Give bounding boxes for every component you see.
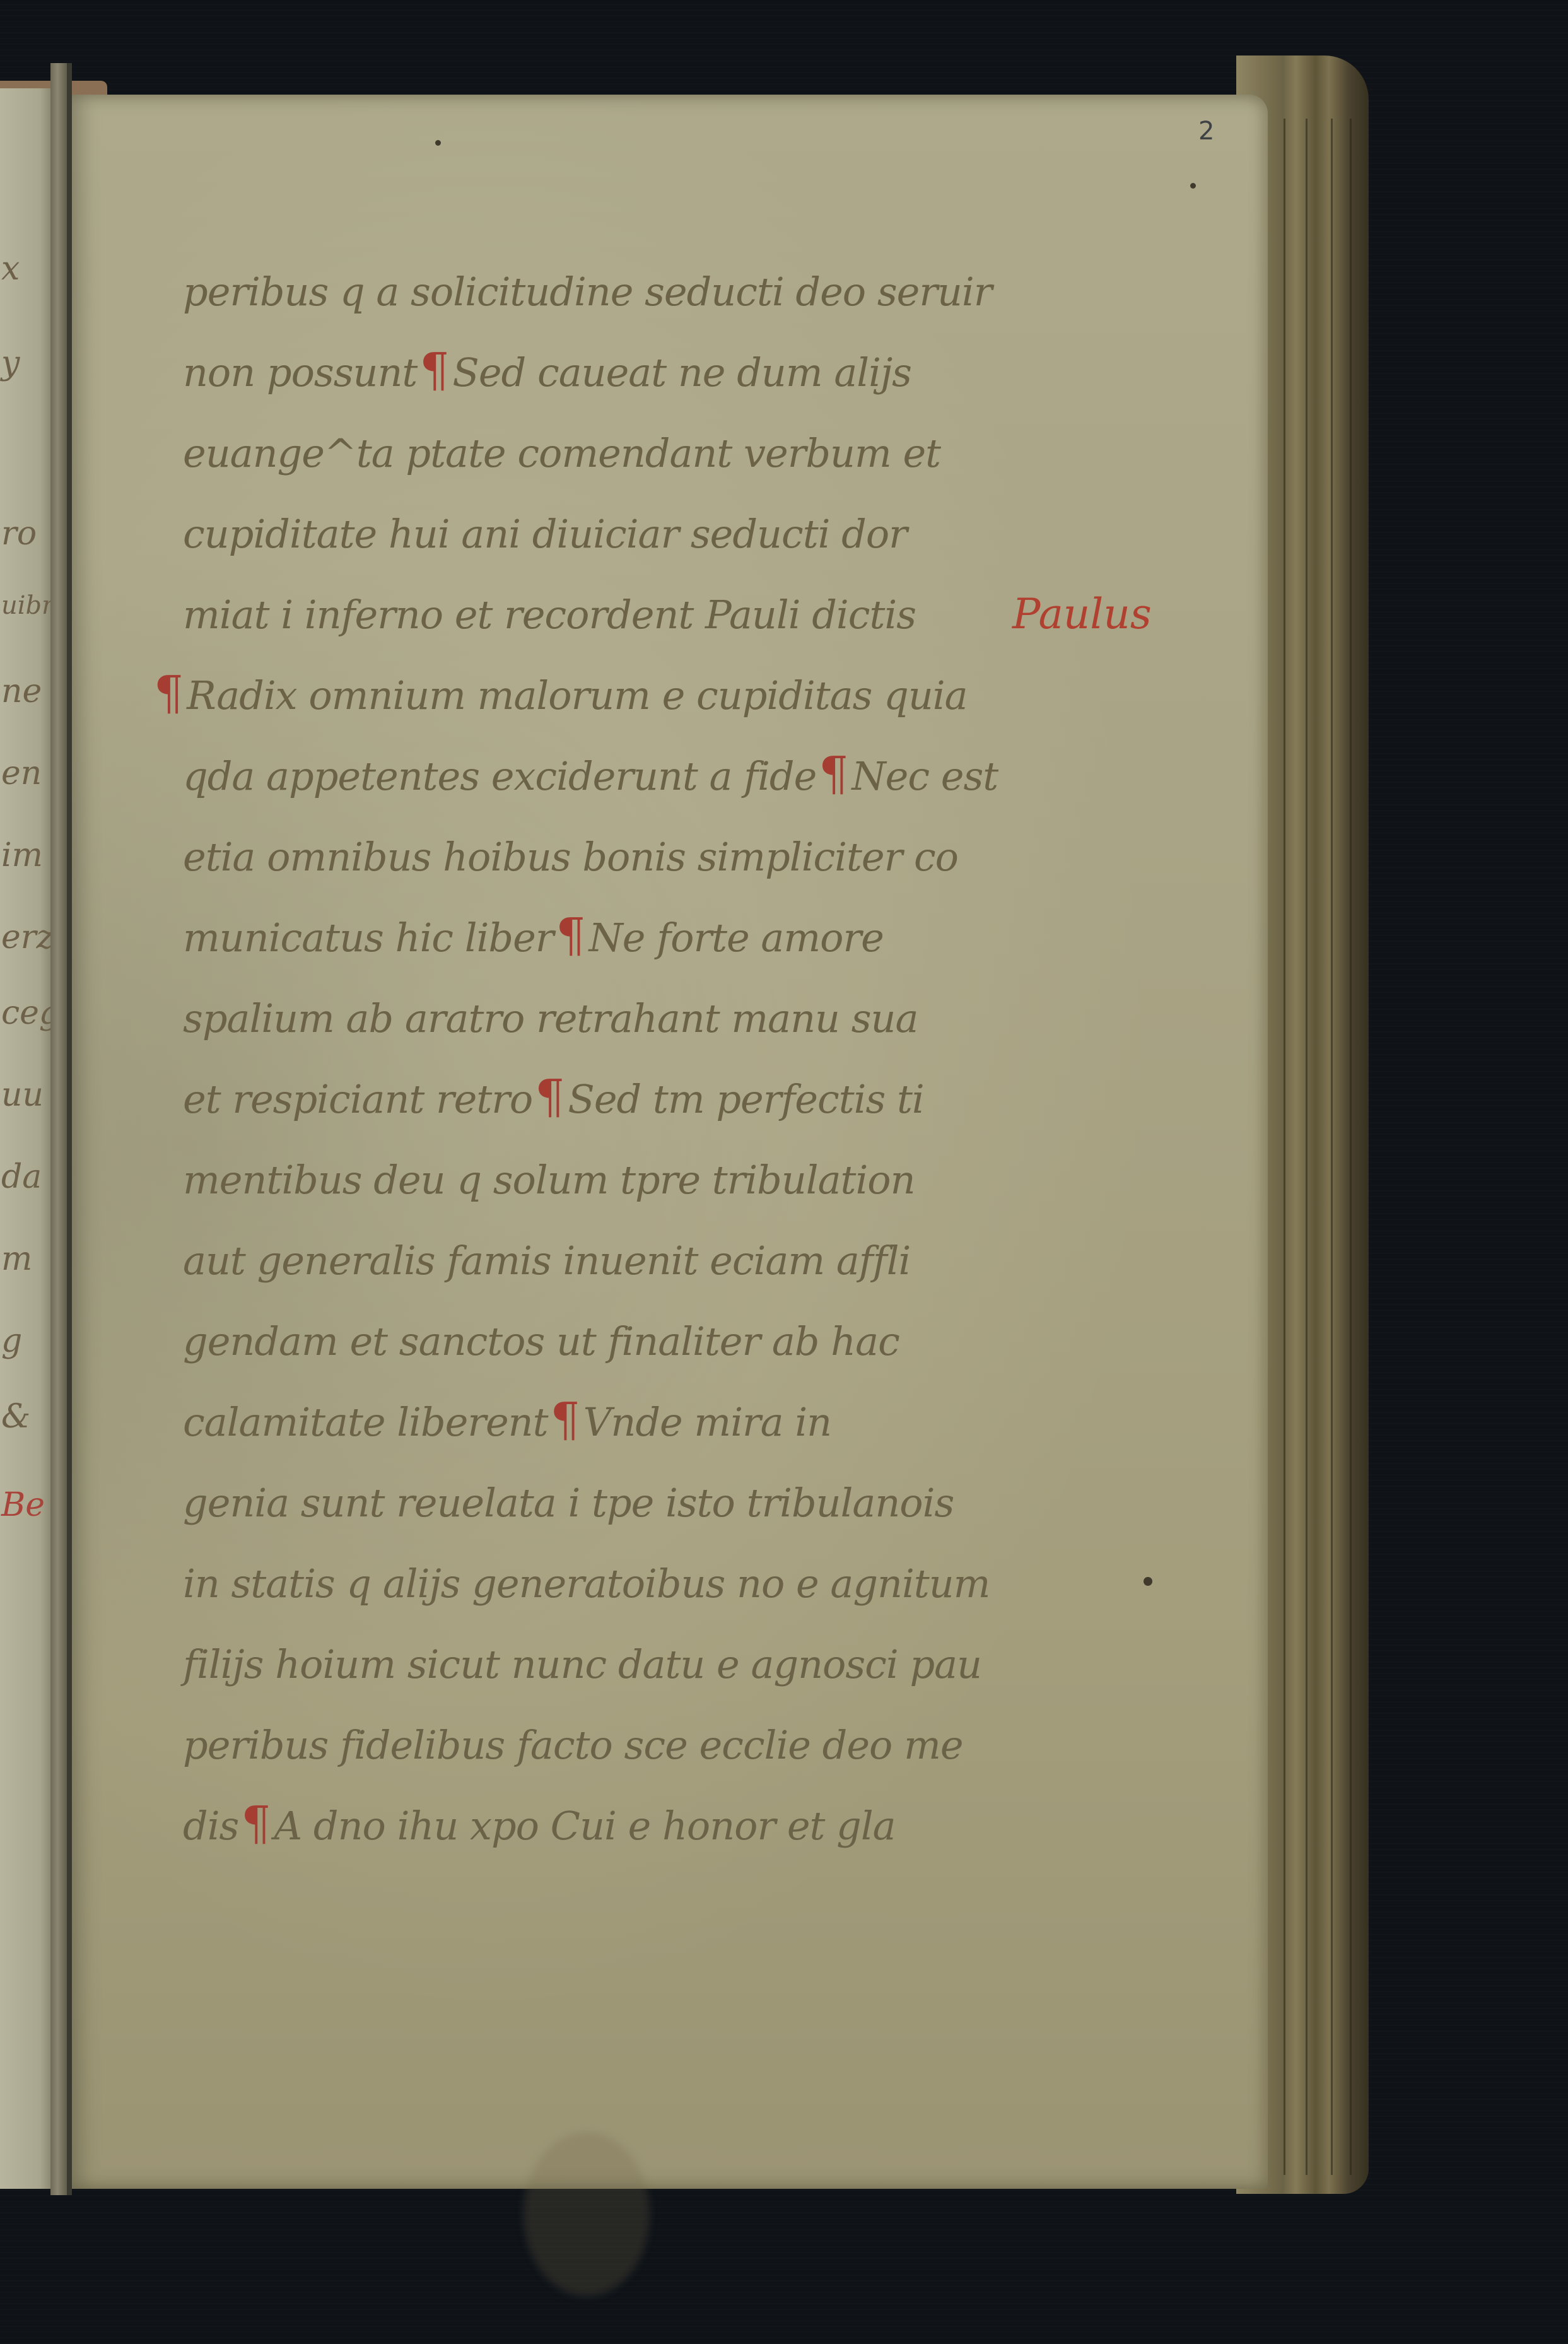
- text-line: genia sunt reuelata i tpe isto tribulano…: [183, 1460, 1060, 1541]
- text-line: peribus fidelibus facto sce ecclie deo m…: [183, 1702, 1060, 1783]
- text-line: qda appetentes exciderunt a fide¶Nec est: [183, 734, 1060, 814]
- folio-number: 2: [1198, 117, 1214, 146]
- text-line: et respiciant retro¶Sed tm perfectis ti: [183, 1057, 1060, 1137]
- text-line: cupiditate hui ani diuiciar seducti dor: [183, 491, 1060, 572]
- facing-fragment: da: [1, 1161, 42, 1193]
- text-line: in statis q alijs generatoibus no e agni…: [183, 1541, 1060, 1622]
- pilcrow-rubric: ¶: [556, 908, 585, 963]
- facing-fragment: m: [1, 1243, 32, 1275]
- text-line: municatus hic liber¶Ne forte amore: [183, 895, 1060, 976]
- pilcrow-rubric: ¶: [551, 1393, 580, 1447]
- text-line: euange^ta ptate comendant verbum et: [183, 411, 1060, 491]
- facing-fragment: erz: [1, 921, 54, 954]
- ink-speck: [435, 140, 441, 146]
- text-line: calamitate liberent¶Vnde mira in: [183, 1380, 1060, 1460]
- text-line: dis¶A dno ihu xpo Cui e honor et gla: [183, 1783, 1060, 1864]
- text-line: filijs hoium sicut nunc datu e agnosci p…: [183, 1622, 1060, 1702]
- facing-fragment: Be: [1, 1489, 45, 1521]
- facing-fragment: x: [1, 252, 20, 285]
- facing-fragment: g: [1, 1325, 22, 1357]
- facing-fragment: y: [1, 347, 20, 380]
- facing-fragment: ro: [1, 517, 37, 550]
- text-line: spalium ab aratro retrahant manu sua: [183, 976, 1060, 1057]
- text-line: gendam et sanctos ut finaliter ab hac: [183, 1299, 1060, 1380]
- text-line: aut generalis famis inuenit eciam affli: [183, 1218, 1060, 1299]
- text-line: miat i inferno et recordent Pauli dictis: [183, 572, 1060, 653]
- text-line: etia omnibus hoibus bonis simpliciter co: [183, 814, 1060, 895]
- pilcrow-rubric: ¶: [241, 1796, 270, 1851]
- ink-speck: [1144, 1577, 1152, 1586]
- text-line: ¶Radix omnium malorum e cupiditas quia: [151, 653, 1060, 734]
- text-line: peribus q a solicitudine seducti deo ser…: [183, 249, 1060, 330]
- text-line: mentibus deu q solum tpre tribulation: [183, 1137, 1060, 1218]
- gutter-binding: [50, 63, 68, 2195]
- facing-fragment: im: [1, 839, 43, 872]
- facing-fragment: &: [1, 1400, 30, 1433]
- pilcrow-rubric: ¶: [154, 666, 183, 720]
- pilcrow-rubric: ¶: [535, 1070, 564, 1124]
- ink-speck: [1190, 183, 1196, 189]
- gutter-shadow: [67, 63, 72, 2195]
- facing-fragment: ne: [1, 675, 42, 708]
- pilcrow-rubric: ¶: [819, 747, 848, 801]
- facing-fragment: en: [1, 757, 42, 790]
- facing-page-left: x y ro uibm ne en im erz ceg uu da m g &…: [0, 88, 57, 2189]
- text-block: peribus q a solicitudine seducti deo ser…: [183, 249, 1060, 1864]
- text-line: non possunt¶Sed caueat ne dum alijs: [183, 330, 1060, 411]
- water-stain: [524, 2132, 650, 2296]
- facing-fragment: uu: [1, 1079, 44, 1111]
- pilcrow-rubric: ¶: [419, 343, 448, 397]
